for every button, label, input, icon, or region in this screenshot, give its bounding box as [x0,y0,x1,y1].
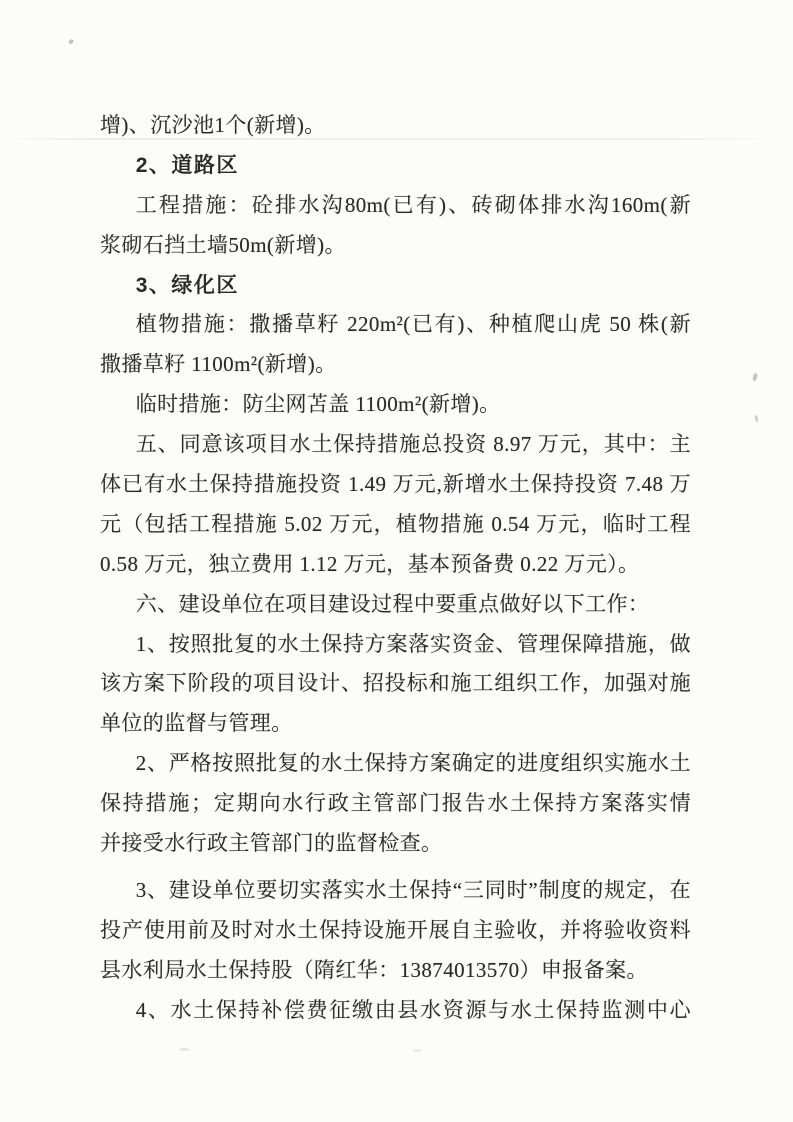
text-line: 植物措施：撒播草籽 220m²(已有)、种植爬山虎 50 株(新增)、 [100,305,691,345]
text-line: 临时措施：防尘网苫盖 1100m²(新增)。 [100,385,691,425]
text-line: 1、按照批复的水土保持方案落实资金、管理保障措施，做好 [100,625,691,665]
text-line: 3、建设单位要切实落实水土保持“三同时”制度的规定，在 [100,871,691,911]
section-heading: 3、绿化区 [100,266,691,306]
text-line: 该方案下阶段的项目设计、招投标和施工组织工作，加强对施工 [100,664,691,704]
section-heading: 2、道路区 [100,146,691,186]
text-line: 0.58 万元，独立费用 1.12 万元，基本预备费 0.22 万元）。 [100,545,691,585]
text-line: 工程措施：砼排水沟80m(已有)、砖砌体排水沟160m(新增)、 [100,186,691,226]
text-line: 体已有水土保持措施投资 1.49 万元,新增水土保持投资 7.48 万 [100,465,691,505]
text-line: 撒播草籽 1100m²(新增)。 [100,345,691,385]
scanned-document-page: 增)、沉沙池1个(新增)。2、道路区工程措施：砼排水沟80m(已有)、砖砌体排水… [0,0,793,1122]
text-line: 五、同意该项目水土保持措施总投资 8.97 万元，其中：主 [100,425,691,465]
text-line: 2、严格按照批复的水土保持方案确定的进度组织实施水土 [100,744,691,784]
scan-smudge [179,1048,190,1051]
text-line: 并接受水行政主管部门的监督检查。 [100,824,691,864]
text-line: 单位的监督与管理。 [100,704,691,744]
scan-speck-icon [752,373,758,382]
scan-speck-icon [754,415,758,422]
text-line: 浆砌石挡土墙50m(新增)。 [100,226,691,266]
scan-speck-icon [68,38,74,44]
text-line: 投产使用前及时对水土保持设施开展自主验收，并将验收资料向 [100,911,691,951]
text-line: 4、水土保持补偿费征缴由县水资源与水土保持监测中心（刘 [100,991,691,1031]
text-line: 六、建设单位在项目建设过程中要重点做好以下工作： [100,585,691,625]
scan-smudge [413,1049,422,1052]
text-line: 县水利局水土保持股（隋红华：13874013570）申报备案。 [100,951,691,991]
document-body: 增)、沉沙池1个(新增)。2、道路区工程措施：砼排水沟80m(已有)、砖砌体排水… [100,0,691,1030]
text-line: 元（包括工程措施 5.02 万元，植物措施 0.54 万元，临时工程 [100,505,691,545]
text-line: 保持措施；定期向水行政主管部门报告水土保持方案落实情况， [100,784,691,824]
text-line: 增)、沉沙池1个(新增)。 [100,106,691,146]
